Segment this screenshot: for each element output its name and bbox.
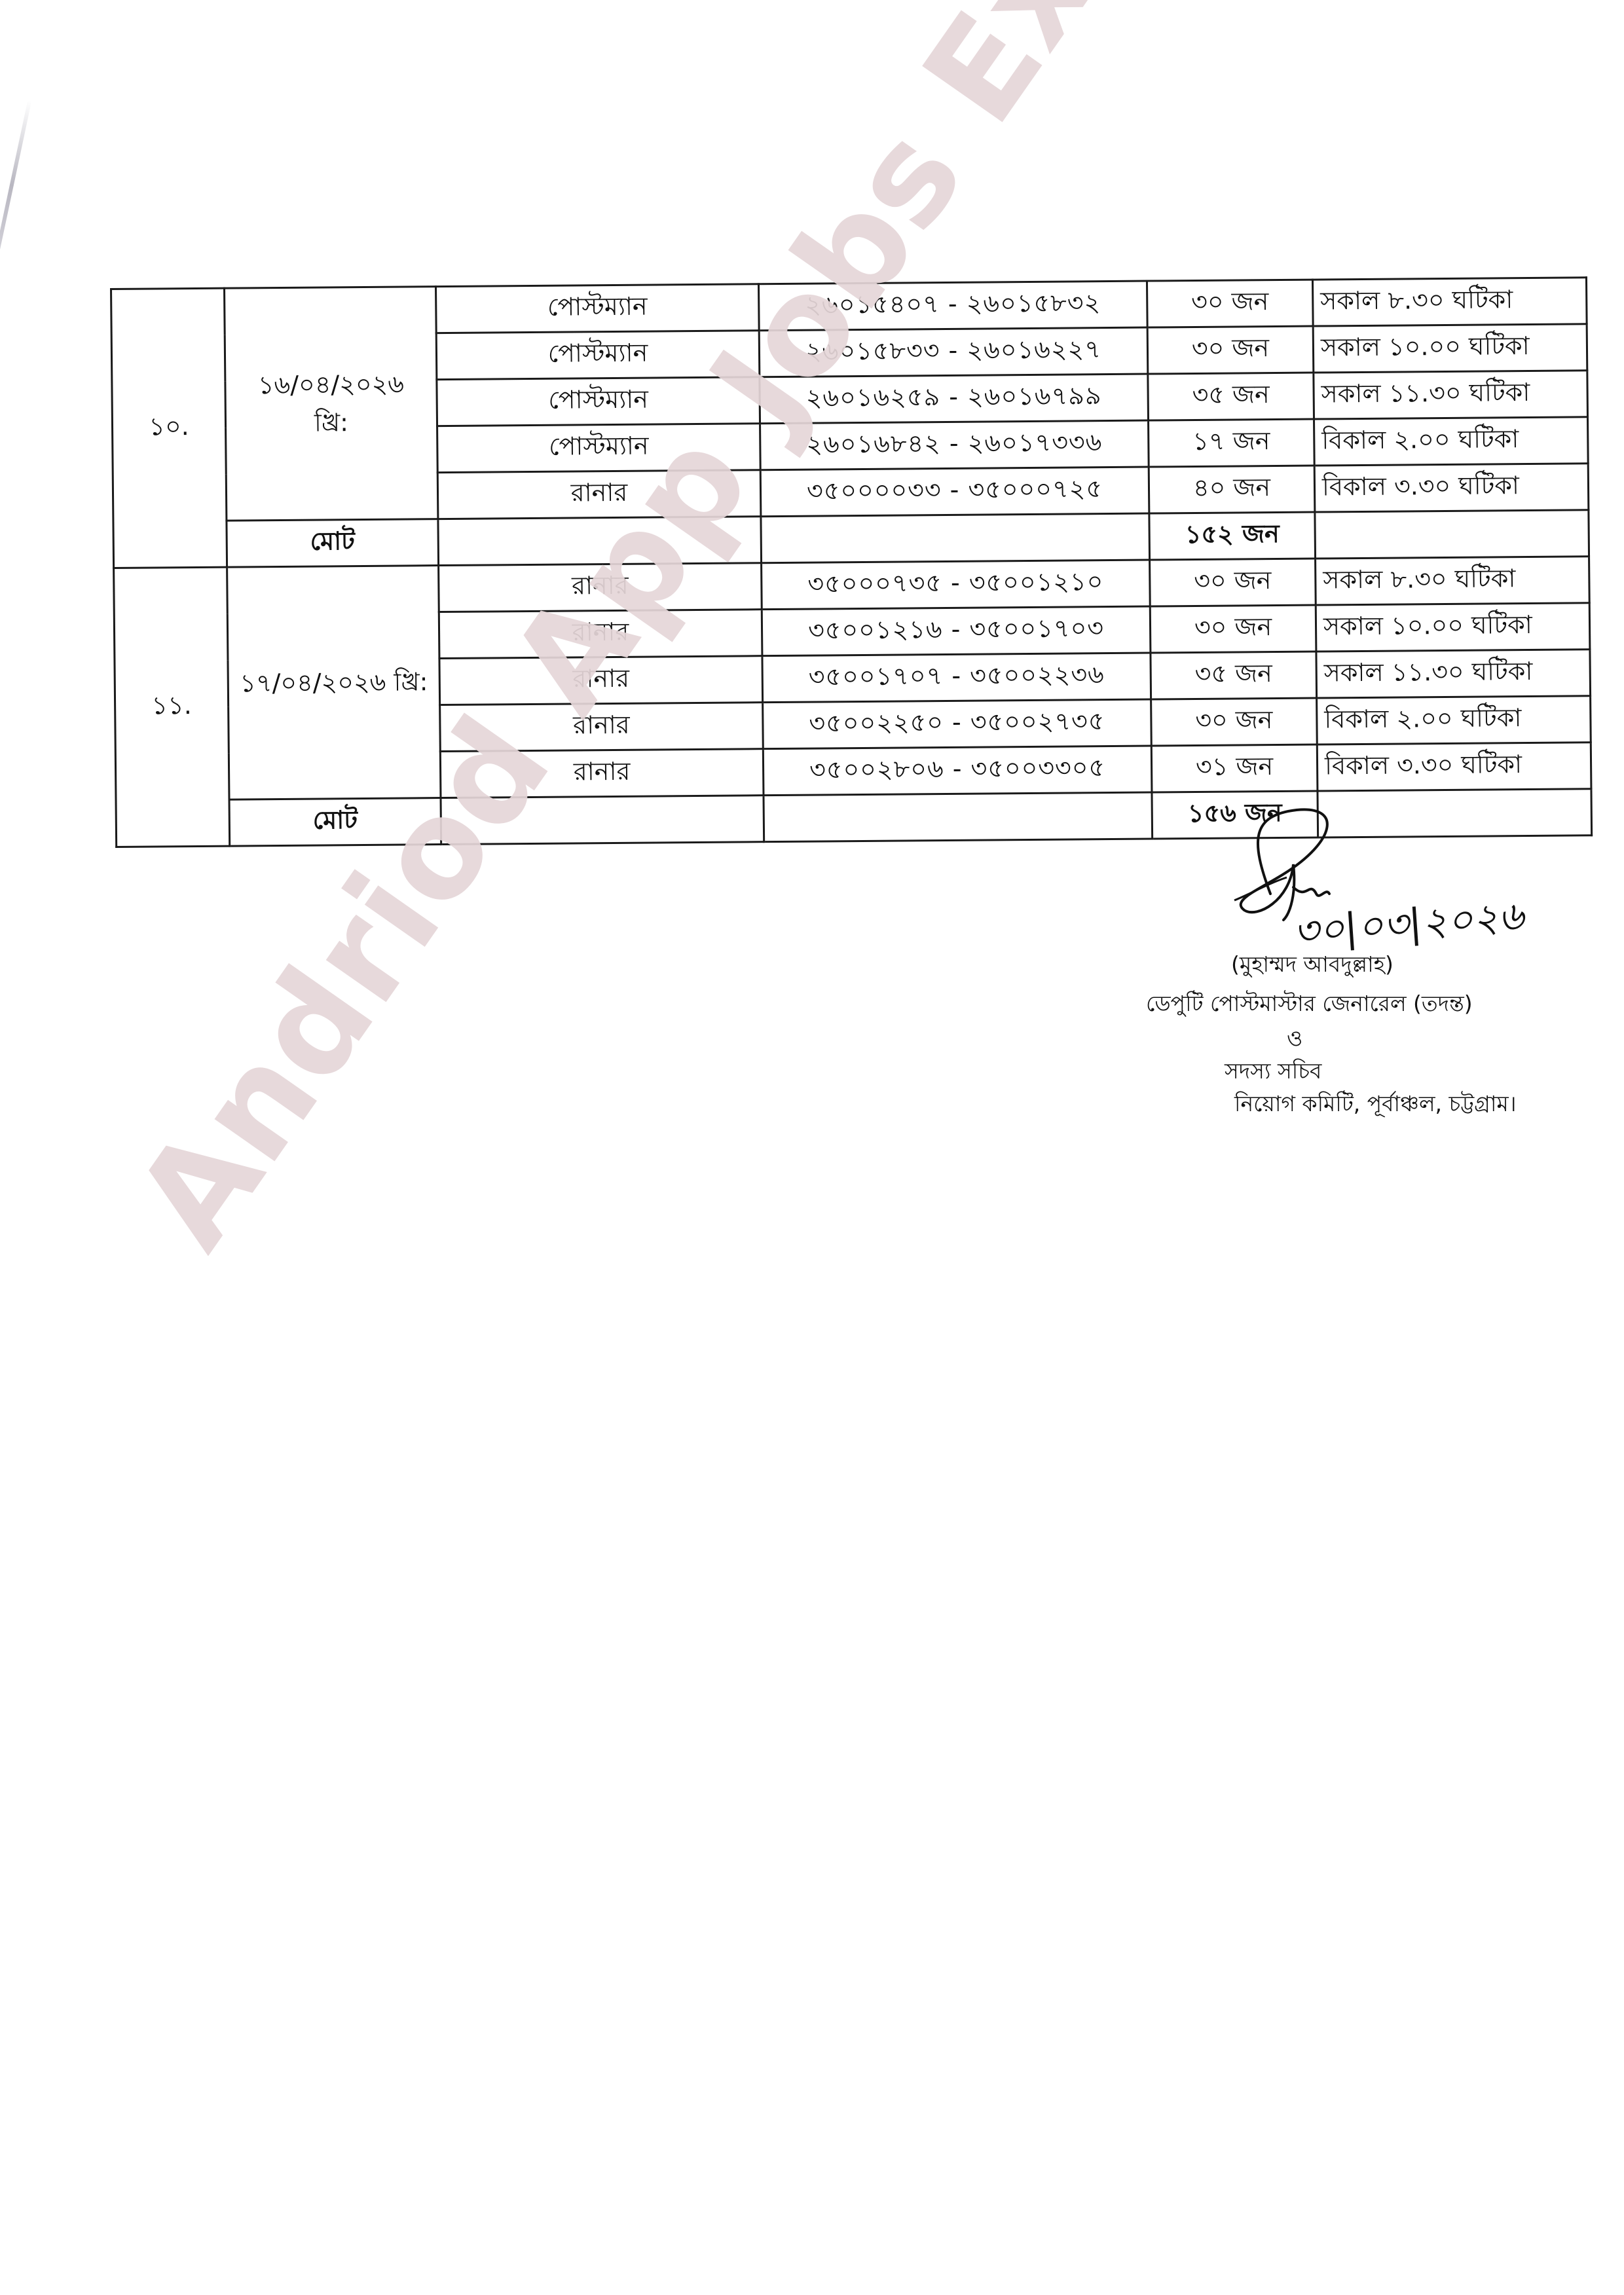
- candidate-count-cell: ১৭ জন: [1149, 419, 1315, 467]
- signatory-name: (মুহাম্মদ আবদুল্লাহ): [1231, 947, 1393, 984]
- post-name-cell: রানার: [440, 703, 764, 752]
- candidate-count-cell: ৩১ জন: [1151, 744, 1318, 792]
- empty-cell: [441, 796, 764, 845]
- post-name-cell: রানার: [439, 656, 763, 705]
- post-name-cell: পোস্টম্যান: [437, 424, 761, 473]
- candidate-count-cell: ৩০ জন: [1151, 698, 1318, 746]
- candidate-count-cell: ৩৫ জন: [1151, 652, 1317, 699]
- roll-range-cell: ২৬০১৬২৫৯ - ২৬০১৬৭৯৯: [760, 374, 1149, 424]
- roll-range-cell: ৩৫০০২৮০৬ - ৩৫০০৩৩০৫: [763, 746, 1152, 796]
- document-page: ১০.১৬/০৪/২০২৬খ্রি:পোস্টম্যান২৬০১৫৪০৭ - ২…: [0, 0, 1624, 2295]
- exam-schedule-table: ১০.১৬/০৪/২০২৬খ্রি:পোস্টম্যান২৬০১৫৪০৭ - ২…: [110, 276, 1593, 848]
- roll-range-cell: ২৬০১৬৮৪২ - ২৬০১৭৩৩৬: [760, 420, 1149, 470]
- candidate-count-cell: ৪০ জন: [1149, 466, 1315, 513]
- exam-time-cell: বিকাল ৩.৩০ ঘটিকা: [1314, 464, 1589, 512]
- roll-range-cell: ৩৫০০০০৩৩ - ৩৫০০০৭২৫: [760, 467, 1149, 517]
- exam-time-cell: বিকাল ২.০০ ঘটিকা: [1314, 417, 1589, 466]
- scan-edge-artifact: [0, 100, 31, 312]
- exam-date-cell: ১৬/০৪/২০২৬খ্রি:: [225, 287, 438, 521]
- roll-range-cell: ৩৫০০২২৫০ - ৩৫০০২৭৩৫: [763, 699, 1152, 749]
- exam-time-cell: সকাল ১০.০০ ঘটিকা: [1316, 603, 1590, 652]
- total-label: মোট: [229, 798, 441, 847]
- exam-date-suffix: খ্রি:: [233, 403, 430, 442]
- post-name-cell: রানার: [440, 749, 764, 798]
- post-name-cell: পোস্টম্যান: [436, 331, 760, 380]
- candidate-count-cell: ৩০ জন: [1150, 559, 1316, 606]
- signature-block: ৩০|০৩|২০২৬ (মুহাম্মদ আবদুল্লাহ) ডেপুটি প…: [1153, 802, 1611, 1097]
- conjunction-text: ও: [1287, 1021, 1302, 1058]
- exam-date: ১৬/০৪/২০২৬: [232, 365, 430, 404]
- exam-date-cell: ১৭/০৪/২০২৬ খ্রি:: [227, 566, 441, 800]
- empty-cell: [438, 517, 762, 566]
- post-name-cell: পোস্টম্যান: [437, 377, 760, 426]
- roll-range-cell: ৩৫০০১২১৬ - ৩৫০০১৭০৩: [762, 606, 1151, 656]
- exam-time-cell: সকাল ১১.৩০ ঘটিকা: [1314, 371, 1588, 419]
- empty-cell: [761, 513, 1150, 563]
- serial-cell: ১০.: [111, 288, 227, 568]
- signatory-role: সদস্য সচিব: [1225, 1054, 1321, 1091]
- total-label: মোট: [227, 519, 439, 568]
- roll-range-cell: ৩৫০০১৭০৭ - ৩৫০০২২৩৬: [762, 653, 1151, 703]
- roll-range-cell: ২৬০১৫৮৩৩ - ২৬০১৬২২৭: [759, 327, 1148, 377]
- total-count: ১৫২ জন: [1149, 512, 1316, 560]
- exam-time-cell: সকাল ১০.০০ ঘটিকা: [1313, 324, 1587, 373]
- post-name-cell: পোস্টম্যান: [435, 284, 759, 333]
- empty-cell: [764, 792, 1153, 842]
- exam-time-cell: সকাল ৮.৩০ ঘটিকা: [1316, 557, 1590, 605]
- candidate-count-cell: ৩০ জন: [1147, 326, 1314, 374]
- committee-name: নিয়োগ কমিটি, পূর্বাঞ্চল, চট্টগ্রাম।: [1234, 1087, 1517, 1124]
- exam-time-cell: সকাল ৮.৩০ ঘটিকা: [1312, 278, 1587, 326]
- empty-cell: [1315, 510, 1589, 559]
- serial-cell: ১১.: [114, 567, 230, 847]
- exam-time-cell: সকাল ১১.৩০ ঘটিকা: [1316, 650, 1591, 698]
- post-name-cell: রানার: [437, 470, 761, 519]
- post-name-cell: রানার: [439, 610, 762, 659]
- signatory-designation: ডেপুটি পোস্টমাস্টার জেনারেল (তদন্ত): [1146, 987, 1473, 1023]
- roll-range-cell: ২৬০১৫৪০৭ - ২৬০১৫৮৩২: [758, 281, 1147, 331]
- post-name-cell: রানার: [439, 563, 762, 612]
- candidate-count-cell: ৩৫ জন: [1148, 373, 1314, 420]
- candidate-count-cell: ৩০ জন: [1150, 605, 1316, 653]
- exam-date: ১৭/০৪/২০২৬ খ্রি:: [236, 663, 433, 702]
- candidate-count-cell: ৩০ জন: [1147, 280, 1313, 327]
- exam-time-cell: বিকাল ৩.৩০ ঘটিকা: [1317, 743, 1591, 791]
- roll-range-cell: ৩৫০০০৭৩৫ - ৩৫০০১২১০: [762, 560, 1151, 610]
- exam-time-cell: বিকাল ২.০০ ঘটিকা: [1317, 696, 1591, 744]
